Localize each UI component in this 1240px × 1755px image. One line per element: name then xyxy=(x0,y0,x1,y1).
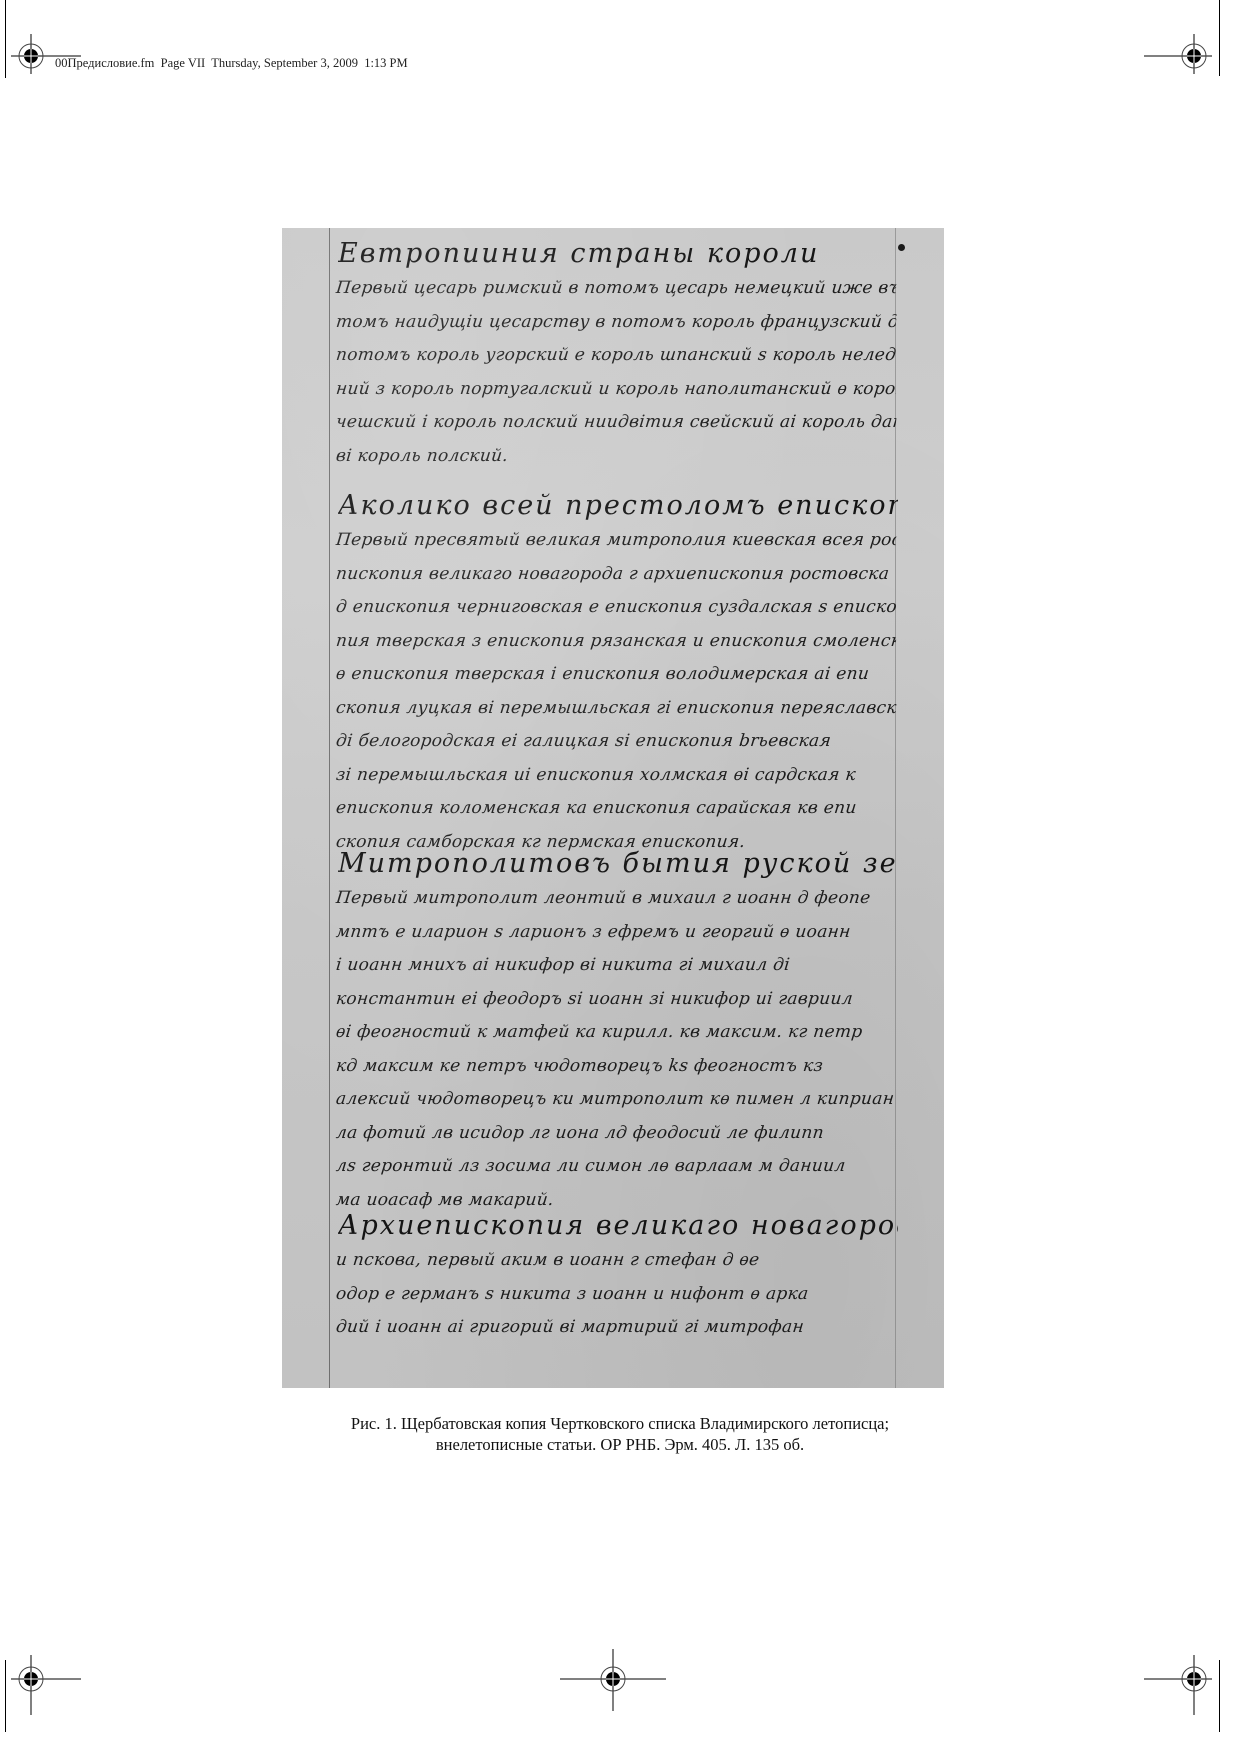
figure-caption-line-2: внелетописные статьи. ОР РНБ. Эрм. 405. … xyxy=(0,1434,1240,1455)
crop-line xyxy=(1219,1660,1220,1732)
margin-rule-left xyxy=(329,228,330,1388)
crosshair-target-icon xyxy=(11,36,51,76)
manuscript-line: i иоанн мнихъ аi никифор вi никита гi ми… xyxy=(335,955,897,975)
manuscript-section-heading: Евтропииния страны короли xyxy=(338,238,898,269)
manuscript-line: ний з король португалский и король напол… xyxy=(335,379,897,399)
manuscript-line: дi белогородская еi галицкая si епископи… xyxy=(335,731,897,751)
manuscript-section-heading: Митрополитовъ бытия руской земли xyxy=(338,848,898,879)
manuscript-line: Первый цесарь римский в потомъ цесарь не… xyxy=(335,278,897,298)
manuscript-photo: Евтропииния страны королиПервый цесарь р… xyxy=(282,228,944,1388)
manuscript-line: одор е германъ s никита з иоанн и нифонт… xyxy=(335,1284,897,1304)
manuscript-line: епископия коломенская ка епископия сарай… xyxy=(335,798,897,818)
manuscript-line: и пскова, первый аким в иоанн г стефан д… xyxy=(335,1250,897,1270)
manuscript-line: лs геронтий лз зосима ли симон лѳ варлаа… xyxy=(335,1156,897,1176)
print-slug: 00Предисловие.fm Page VII Thursday, Sept… xyxy=(55,56,408,71)
manuscript-section-heading: Аколико всей престоломъ епископовъ xyxy=(338,490,898,521)
manuscript-line: ла фотий лв исидор лг иона лд феодосий л… xyxy=(335,1123,897,1143)
manuscript-line: алексий чюдотворецъ ки митрополит кѳ пим… xyxy=(335,1089,897,1109)
crop-line xyxy=(1219,0,1220,76)
manuscript-line: Первый митрополит леонтий в михаил г иоа… xyxy=(335,888,897,908)
manuscript-line: потомъ король угорский е король шпанский… xyxy=(335,345,897,365)
manuscript-line: кд максим кe петръ чюдотворецъ ks феогно… xyxy=(335,1056,897,1076)
manuscript-line: скопия луцкая вi перемышльская гi еписко… xyxy=(335,698,897,718)
manuscript-line: ма иоасаф мв макарий. xyxy=(335,1190,897,1210)
manuscript-line: пия тверская з епископия рязанская и епи… xyxy=(335,631,897,651)
crop-line xyxy=(5,1660,6,1732)
manuscript-line: константин еi феодоръ si иоанн зi никифо… xyxy=(335,989,897,1009)
manuscript-line: томъ наидущiи цесарству в потомъ король … xyxy=(335,312,897,332)
manuscript-line: мптъ е иларион s ларионъ з ефремъ и геор… xyxy=(335,922,897,942)
registration-mark-top-right xyxy=(1174,36,1214,76)
manuscript-line: д епископия черниговская е епископия суз… xyxy=(335,597,897,617)
crosshair-target-icon xyxy=(1174,1659,1214,1699)
crosshair-target-icon xyxy=(11,1659,51,1699)
manuscript-line: зi перемышльская иi епископия холмская ѳ… xyxy=(335,765,897,785)
registration-mark-bottom-right xyxy=(1174,1659,1214,1699)
manuscript-line: пископия великаго новагорода г архиеписк… xyxy=(335,564,897,584)
registration-mark-top-left xyxy=(11,36,51,76)
figure-caption-line-1: Рис. 1. Щербатовская копия Чертковского … xyxy=(0,1413,1240,1434)
manuscript-line: Первый пресвятый великая митрополия киев… xyxy=(335,530,897,550)
registration-mark-bottom-center xyxy=(593,1659,633,1699)
crop-line xyxy=(5,0,6,78)
registration-mark-bottom-left xyxy=(11,1659,51,1699)
ink-dot xyxy=(898,244,905,251)
crosshair-target-icon xyxy=(593,1659,633,1699)
manuscript-line: дий i иоанн аi григорий вi мартирий гi м… xyxy=(335,1317,897,1337)
manuscript-line: чешский i король полский ниидвiтия свейс… xyxy=(335,412,897,432)
manuscript-section-heading: Архиепископия великаго новагорода xyxy=(338,1210,898,1241)
manuscript-line: ѳi феогностий к матфей ка кирилл. кв мак… xyxy=(335,1022,897,1042)
crosshair-target-icon xyxy=(1174,36,1214,76)
manuscript-line: вi король полский. xyxy=(335,446,897,466)
manuscript-line: ѳ епископия тверская i епископия володим… xyxy=(335,664,897,684)
